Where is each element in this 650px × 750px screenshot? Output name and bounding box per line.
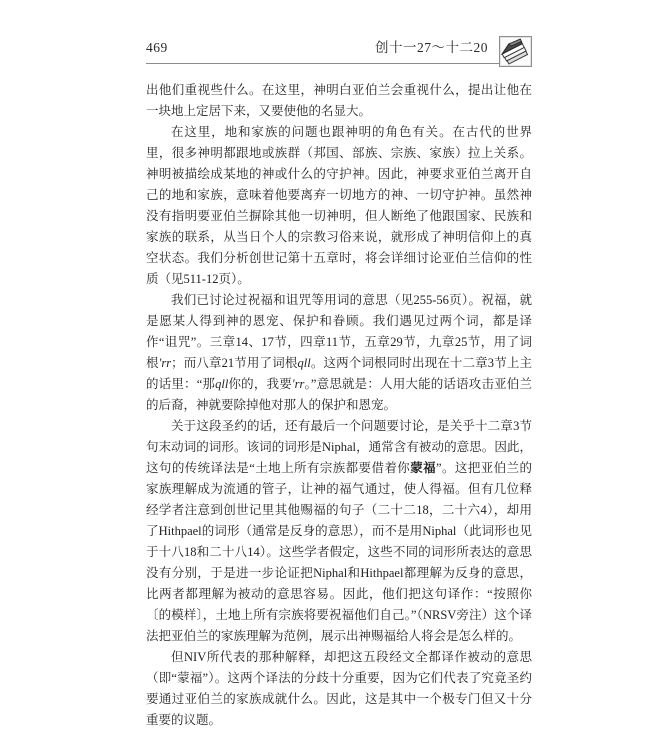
paragraph: 出他们重视些什么。在这里，神明白亚伯兰会重视什么，提出让他在一块地上定居下来，又… xyxy=(146,80,532,122)
transliteration-term: qll xyxy=(297,356,310,370)
books-icon xyxy=(499,36,532,67)
transliteration-term: 'rr xyxy=(159,356,171,370)
paragraph-text: ”。这把亚伯兰的家族理解成为流通的管子，让神的福气通过，使人得福。但有几位释经学… xyxy=(146,461,532,643)
page-number: 469 xyxy=(146,40,168,56)
paragraph: 关于这段圣约的话，还有最后一个问题要讨论，是关乎十二章3节句末动词的词形。该词的… xyxy=(146,416,532,647)
paragraph-text: ；而八章21节用了词根 xyxy=(171,356,297,370)
paragraph-text: 你的，我要 xyxy=(228,377,292,391)
page-header: 469 创十一27～十二20 xyxy=(146,36,532,64)
paragraph-text: 在这里，地和家族的问题也跟神明的角色有关。在古代的世界里，很多神明都跟地或族群（… xyxy=(146,125,532,286)
paragraph: 但NIV所代表的那种解释，却把这五段经文全都译作被动的意思（即“蒙福”）。这两个… xyxy=(146,647,532,731)
paragraph: 在这里，地和家族的问题也跟神明的角色有关。在古代的世界里，很多神明都跟地或族群（… xyxy=(146,122,532,290)
book-page: 469 创十一27～十二20 出他们重视些什么。在这里，神明白亚伯兰会重视什么，… xyxy=(0,0,650,750)
transliteration-term: qll xyxy=(215,377,228,391)
body-text: 出他们重视些什么。在这里，神明白亚伯兰会重视什么，提出让他在一块地上定居下来，又… xyxy=(146,80,532,731)
transliteration-term: 'rr xyxy=(292,377,304,391)
passage-reference: 创十一27～十二20 xyxy=(375,36,488,56)
paragraph: 我们已讨论过祝福和诅咒等用词的意思（见255-56页）。祝福，就是愿某人得到神的… xyxy=(146,290,532,416)
paragraph-text: 出他们重视些什么。在这里，神明白亚伯兰会重视什么，提出让他在一块地上定居下来，又… xyxy=(146,83,532,118)
paragraph-text: 但NIV所代表的那种解释，却把这五段经文全都译作被动的意思（即“蒙福”）。这两个… xyxy=(146,650,532,727)
paragraph-text: 蒙福 xyxy=(410,461,436,475)
